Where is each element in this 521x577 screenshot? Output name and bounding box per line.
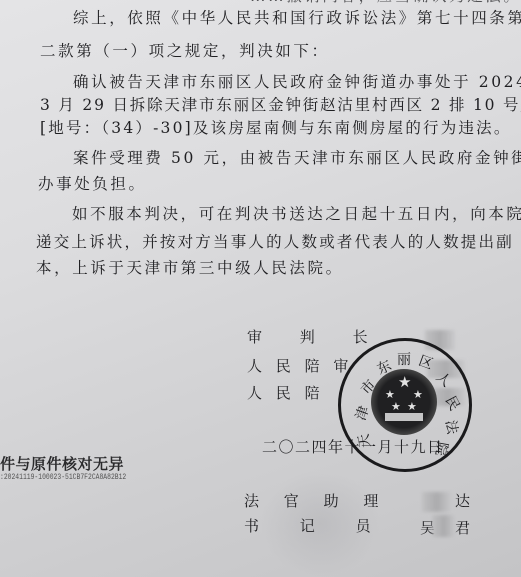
paragraph-legal-basis-line-1: 综上，依照《中华人民共和国行政诉讼法》第七十四条第	[73, 8, 521, 28]
star-icon: ★	[398, 377, 411, 388]
paragraph-fee-line-1: 案件受理费 50 元，由被告天津市东丽区人民政府金钟街道	[73, 148, 521, 168]
paragraph-appeal-line-1: 如不服本判决，可在判决书送达之日起十五日内，向本院	[72, 204, 521, 224]
paragraph-verdict-line-3: [地号：（34）-30]及该房屋南侧与东南侧房屋的行为违法。	[40, 118, 512, 138]
seal-char: 区	[416, 350, 436, 374]
paragraph-appeal-line-3: 本，上诉于天津市第三中级人民法院。	[36, 258, 344, 278]
judgment-document-page: ……撤销内容，应当确认为违法。 综上，依照《中华人民共和国行政诉讼法》第七十四条…	[0, 0, 521, 577]
paragraph-verdict-line-2: 3 月 29 日拆除天津市东丽区金钟街赵沽里村西区 2 排 10 号房屋	[40, 95, 521, 115]
redacted-clerk-name	[432, 515, 456, 537]
juror-1-label: 人 民 陪 审	[247, 356, 348, 376]
seal-char: 院	[431, 440, 453, 457]
court-seal: 津 市 东 丽 区 人 民 法 院 天 ★ ★ ★ ★ ★	[338, 338, 472, 472]
juror-2-label: 人 民 陪	[247, 383, 320, 403]
national-emblem-icon: ★ ★ ★ ★ ★	[371, 369, 437, 435]
paragraph-legal-basis-line-2: 二款第（一）项之规定，判决如下：	[40, 41, 330, 61]
redacted-assistant-judge-name	[422, 492, 452, 512]
clerk-name-visible-part: 君	[455, 518, 470, 538]
star-icon: ★	[391, 401, 401, 412]
assistant-judge-name-visible-part: 达	[455, 491, 470, 511]
cut-off-top-line: ……撤销内容，应当确认为违法。	[250, 0, 521, 6]
copy-verification-stamp: 件与原件核对无异	[0, 453, 124, 474]
clerk-label: 书 记 员	[244, 516, 371, 536]
seal-char: 法	[441, 418, 463, 435]
seal-char: 民	[441, 392, 465, 414]
star-icon: ★	[385, 389, 395, 400]
presiding-judge-label: 审 判 长	[247, 327, 368, 347]
copy-verification-code: :20241119-100023-51CB7F2CA8A82B12	[0, 472, 126, 482]
tiananmen-gate-icon	[385, 413, 423, 421]
seal-char: 人	[432, 367, 456, 391]
seal-char: 丽	[397, 349, 411, 369]
paragraph-fee-line-2: 办事处负担。	[38, 174, 147, 194]
star-icon: ★	[413, 389, 423, 400]
paragraph-appeal-line-2: 递交上诉状，并按对方当事人的人数或者代表人的人数提出副	[36, 232, 514, 252]
star-icon: ★	[407, 401, 417, 412]
paragraph-verdict-line-1: 确认被告天津市东丽区人民政府金钟街道办事处于 2024 年	[73, 72, 521, 92]
assistant-judge-label: 法 官 助 理	[244, 491, 378, 511]
seal-char: 天	[353, 432, 375, 449]
